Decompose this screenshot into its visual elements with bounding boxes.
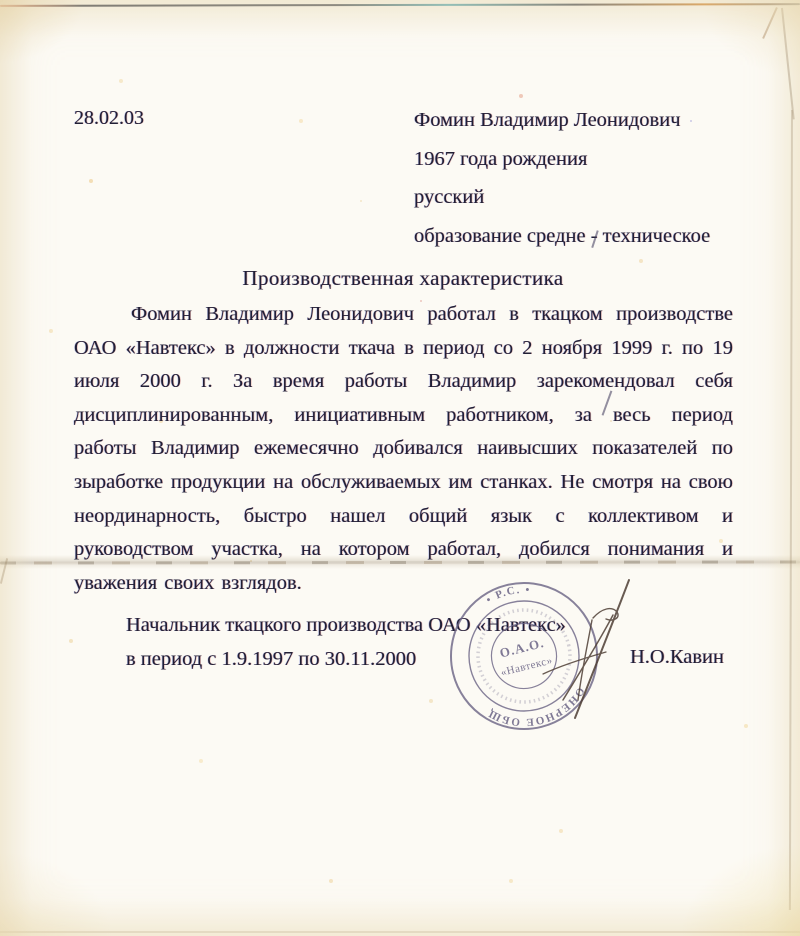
paper-top-edge <box>0 3 800 7</box>
signatory-position-line2: в период с 1.9.1997 по 30.11.2000 <box>126 648 416 671</box>
person-details-block: Фомин Владимир Леонидович 1967 года рожд… <box>414 101 710 255</box>
paper-left-crease-mark <box>0 558 8 584</box>
document-title: Производственная характеристика <box>74 266 732 291</box>
person-education: образование средне - техническое <box>414 217 710 256</box>
person-birth-year: 1967 года рождения <box>414 140 710 179</box>
document-date: 28.02.03 <box>74 107 144 130</box>
handwritten-signature <box>440 562 670 747</box>
paper-top-right-fold <box>762 7 778 39</box>
paper-right-edge <box>789 110 793 910</box>
signature-stroke-long <box>575 580 629 718</box>
paper-right-edge-upper <box>781 8 794 120</box>
paper-bottom-edge <box>0 931 800 933</box>
scanned-document: 28.02.03 Фомин Владимир Леонидович 1967 … <box>0 0 800 936</box>
person-nationality: русский <box>414 178 710 217</box>
document-body-paragraph: Фомин Владимир Леонидович работал в ткац… <box>74 298 733 600</box>
scan-noise-speckles <box>0 0 2 2</box>
person-name: Фомин Владимир Леонидович <box>414 101 710 140</box>
